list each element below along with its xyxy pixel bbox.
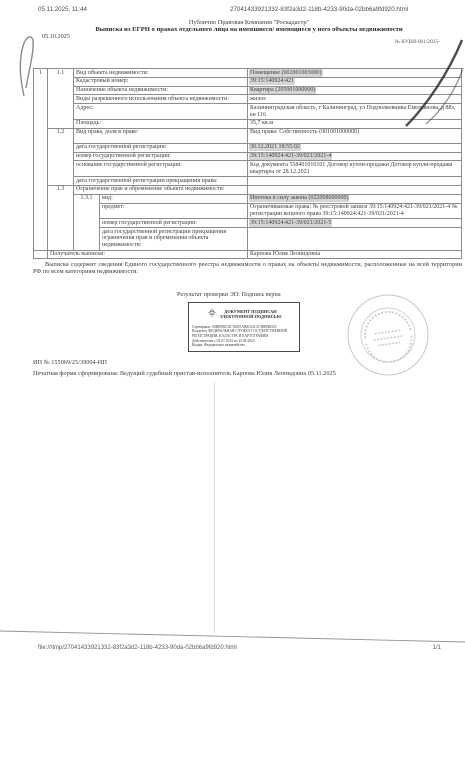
row-reg-date: дата государственной регистрации: 30.12.… [34, 143, 462, 152]
row-object-kind: 1 1.1 Вид объекта недвижимости: Помещени… [34, 69, 462, 78]
vertical-fold-line-artifact [213, 383, 216, 638]
label-cell: Кадастровый номер: [74, 77, 248, 86]
digital-signature-stamp: ДОКУМЕНТ ПОДПИСАН ЭЛЕКТРОННОЙ ПОДПИСЬЮ С… [188, 302, 300, 352]
summary-note: Выписка содержит сведения Единого госуда… [33, 261, 462, 276]
section-1-3-1-cell: 1.3.1 [74, 194, 100, 250]
empty-cell [34, 250, 48, 259]
request-number: № КУВИ-001/2025- [395, 39, 440, 45]
row-cadastral-number: Кадастровый номер: 39:15:140924:421 [34, 77, 462, 86]
value-cell: Ипотека в силу закона (022008000000) [248, 194, 462, 203]
label-cell: дата государственной регистрации: [74, 143, 248, 152]
print-footer-file-url: file:///tmp/27041433921332-83f2a3d2-118b… [38, 645, 237, 651]
row-purpose: Назначение объекта недвижимости: Квартир… [34, 86, 462, 95]
row-area: Площадь: 35,7 кв.м [34, 119, 462, 128]
signature-owner: Владелец: ФЕДЕРАЛЬНАЯ СЛУЖБА ГОСУДАРСТВЕ… [192, 329, 296, 338]
signature-stamp-title: ДОКУМЕНТ ПОДПИСАН ЭЛЕКТРОННОЙ ПОДПИСЬЮ [220, 309, 282, 319]
document-date: 05.10.2025 [42, 33, 70, 40]
row-recipient: Получатель выписки: Карпова Юлия Леонидо… [34, 250, 462, 259]
label-cell: номер государственной регистрации: [100, 219, 248, 228]
row-restrictions-header: 1.3 Ограничение прав и обременение объек… [34, 185, 462, 194]
print-footer: file:///tmp/27041433921332-83f2a3d2-118b… [38, 645, 441, 651]
label-cell: вид: [100, 194, 248, 203]
value-cell: Код документа 558401010101 Договор купли… [248, 161, 462, 177]
label-cell: основание государственной регистрации: [74, 161, 248, 177]
row-number-cell: 1 [34, 69, 48, 251]
egrn-print-preview-page: { "print_header": { "datetime": "05.11.2… [0, 0, 465, 767]
value-cell: Квартира (205001000000) [248, 86, 462, 95]
coat-of-arms-icon [207, 305, 217, 323]
value-cell: жилое [248, 95, 462, 104]
value-cell [248, 228, 462, 250]
highlighted-value: Помещение (002001003000) [250, 70, 322, 76]
value-cell: 30.12.2021 18:55:02 [248, 143, 462, 152]
row-reg-basis: основание государственной регистрации: К… [34, 161, 462, 177]
highlighted-value: 39:15:140924:421-39/021/2021-4 [250, 153, 331, 159]
signature-issuer: Выдан: Федеральное казначейство [192, 343, 296, 348]
highlighted-value: 39:15:140924:421-39/021/2021-5 [250, 220, 331, 226]
row-termination-date: дата государственной регистрации прекращ… [34, 177, 462, 186]
label-cell: дата государственной регистрации прекращ… [74, 177, 248, 186]
value-cell: Вид права: Собственность (001001000000) [248, 128, 462, 143]
row-restriction-kind: 1.3.1 вид: Ипотека в силу закона (022008… [34, 194, 462, 203]
label-cell: Получатель выписки: [48, 250, 248, 259]
label-cell: номер государственной регистрации: [74, 152, 248, 161]
label-cell: Адрес: [74, 104, 248, 120]
value-cell [248, 185, 462, 194]
label-cell: Вид объекта недвижимости: [74, 69, 248, 78]
label-cell: Виды разрешенного использования объекта … [74, 95, 248, 104]
label-cell: Вид права, доля в праве: [74, 128, 248, 143]
signature-stamp-header: ДОКУМЕНТ ПОДПИСАН ЭЛЕКТРОННОЙ ПОДПИСЬЮ [192, 305, 296, 323]
value-cell: Карпова Юлия Леонидовна [248, 250, 462, 259]
section-1-3-cell: 1.3 [48, 185, 74, 250]
row-permitted-use: Виды разрешенного использования объекта … [34, 95, 462, 104]
value-cell: Ограничиваемые права: № реестровой запис… [248, 203, 462, 219]
highlighted-value: Ипотека в силу закона (022008000000) [250, 195, 348, 201]
stamp-title-line2: ЭЛЕКТРОННОЙ ПОДПИСЬЮ [220, 314, 282, 319]
section-1-2-cell: 1.2 [48, 128, 74, 185]
value-cell: 39:15:140924:421-39/021/2021-5 [248, 219, 462, 228]
document-header: Публично Правовая Компания "Роскадастр" … [33, 0, 465, 68]
enforcement-case-number: ИП № 155069/25/39004-ИП [33, 359, 107, 366]
label-cell: предмет: [100, 203, 248, 219]
organization-name: Публично Правовая Компания "Роскадастр" [33, 19, 465, 26]
value-cell: 39:15:140924:421 [248, 77, 462, 86]
row-right-type: 1.2 Вид права, доля в праве: Вид права: … [34, 128, 462, 143]
highlighted-value: 39:15:140924:421 [250, 78, 294, 84]
label-cell: Площадь: [74, 119, 248, 128]
document-title: Выписка из ЕГРН о правах отдельного лица… [33, 26, 465, 33]
highlighted-value: Квартира (205001000000) [250, 87, 315, 93]
label-cell: Назначение объекта недвижимости: [74, 86, 248, 95]
value-cell: Помещение (002001003000) [248, 69, 462, 78]
label-cell: дата государственной регистрации прекращ… [100, 228, 248, 250]
label-cell: Ограничение прав и обременение объекта н… [74, 185, 248, 194]
signature-verification-result: Результат проверки ЭП: Подпись верна [177, 291, 281, 298]
value-cell [248, 177, 462, 186]
row-address: Адрес: Калининградская область, г Калини… [34, 104, 462, 120]
value-cell: 39:15:140924:421-39/021/2021-4 [248, 152, 462, 161]
row-reg-number: номер государственной регистрации: 39:15… [34, 152, 462, 161]
egrn-table: 1 1.1 Вид объекта недвижимости: Помещени… [33, 68, 462, 259]
highlighted-value: 30.12.2021 18:55:02 [250, 144, 300, 150]
print-footer-page-number: 1/1 [433, 645, 441, 651]
value-cell: Калининградская область, г Калининград, … [248, 104, 462, 120]
section-1-1-cell: 1.1 [48, 69, 74, 129]
value-cell: 35,7 кв.м [248, 119, 462, 128]
generated-by-line: Печатная форма сформирована: Ведущий суд… [33, 370, 453, 377]
